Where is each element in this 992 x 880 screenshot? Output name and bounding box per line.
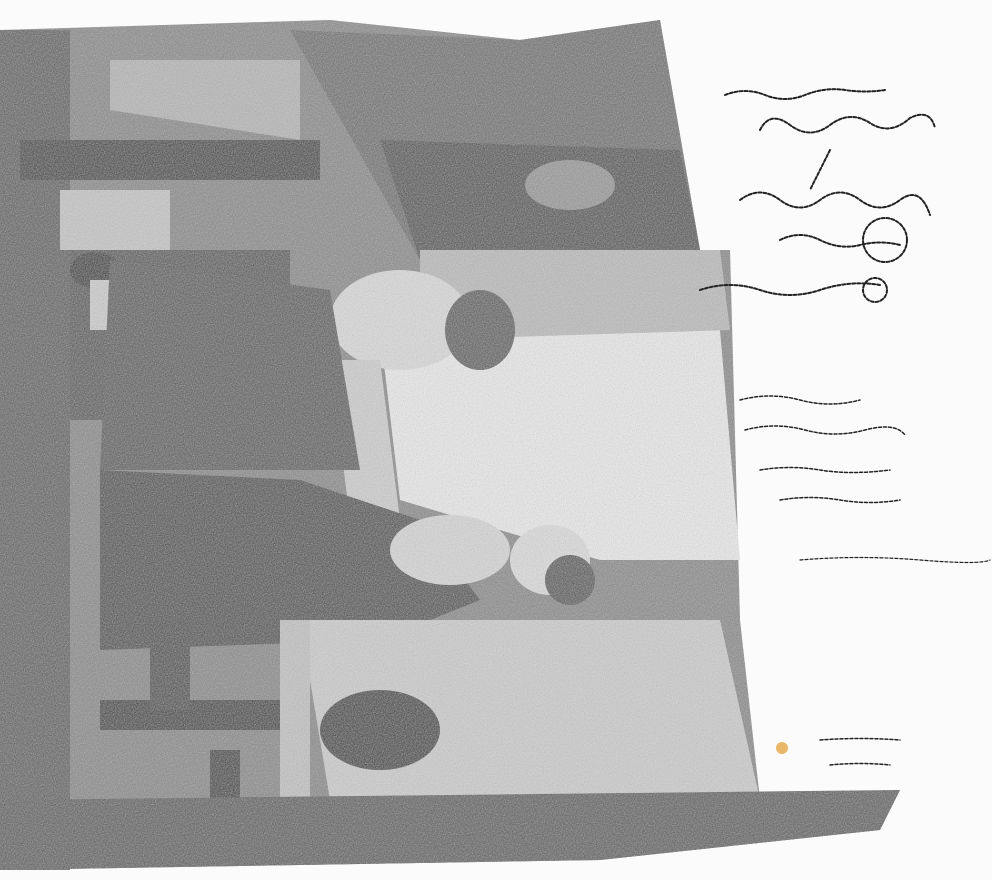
stain-spot [776,742,788,754]
photocopy-image [0,0,992,880]
